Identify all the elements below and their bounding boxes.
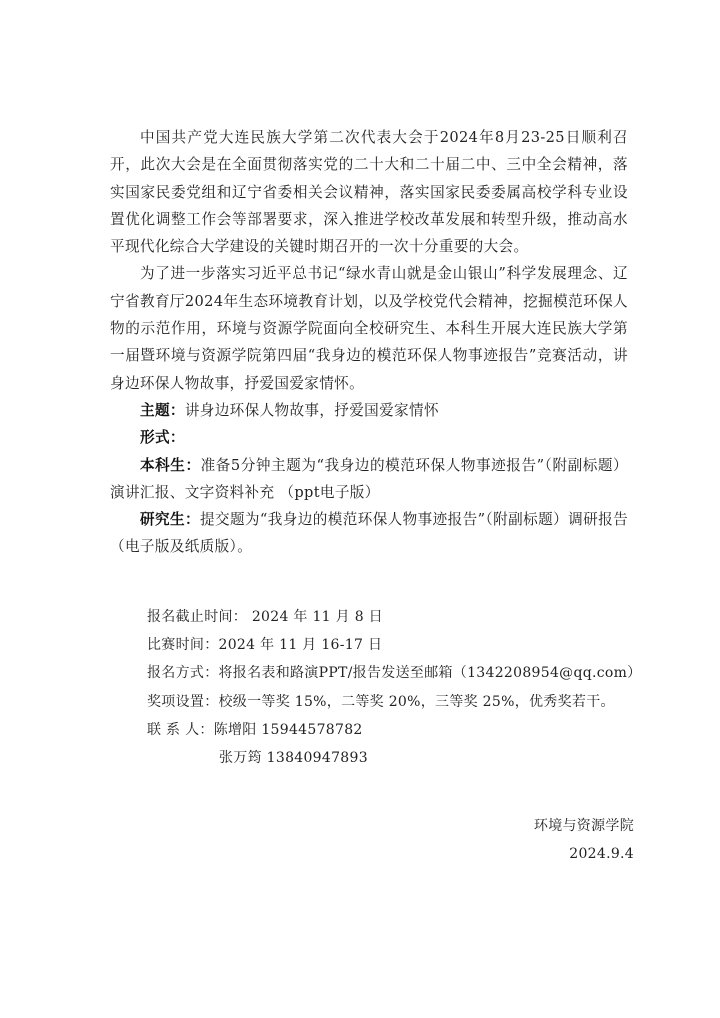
graduate-line: 研究生：提交题为“我身边的模范环保人物事迹报告”（附副标题）调研报告（电子版及纸… [110, 506, 628, 561]
undergrad-line: 本科生：准备5分钟主题为“我身边的模范环保人物事迹报告”（附副标题）演讲汇报、文… [110, 452, 628, 507]
signature-org: 环境与资源学院 [534, 812, 634, 840]
format-line: 形式： [110, 424, 628, 451]
signature-date: 2024.9.4 [534, 840, 634, 868]
document-page: 中国共产党大连民族大学第二次代表大会于2024年8月23-25日顺利召开，此次大… [0, 0, 720, 1018]
signup-method-line: 报名方式：将报名表和路演PPT/报告发送至邮箱（1342208954@qq.co… [147, 659, 647, 687]
format-label: 形式： [140, 429, 185, 446]
contact-line-2: 张万筠 13840947893 [147, 744, 647, 772]
undergrad-label: 本科生： [140, 457, 201, 474]
theme-line: 主题：讲身边环保人物故事，抒爱国爱家情怀 [110, 397, 628, 424]
deadline-line: 报名截止时间： 2024 年 11 月 8 日 [147, 603, 647, 631]
signature-block: 环境与资源学院 2024.9.4 [534, 812, 634, 868]
paragraph-activity: 为了进一步落实习近平总书记“绿水青山就是金山银山”科学发展理念、辽宁省教育厅20… [110, 260, 628, 396]
competition-time-line: 比赛时间：2024 年 11 月 16-17 日 [147, 631, 647, 659]
contact-line-1: 联 系 人：陈增阳 15944578782 [147, 716, 647, 744]
theme-label: 主题： [140, 402, 185, 419]
graduate-label: 研究生： [140, 511, 200, 528]
awards-line: 奖项设置：校级一等奖 15%，二等奖 20%，三等奖 25%，优秀奖若干。 [147, 688, 647, 716]
info-block: 报名截止时间： 2024 年 11 月 8 日 比赛时间：2024 年 11 月… [147, 603, 647, 772]
document-body: 中国共产党大连民族大学第二次代表大会于2024年8月23-25日顺利召开，此次大… [110, 124, 628, 561]
theme-text: 讲身边环保人物故事，抒爱国爱家情怀 [185, 402, 439, 419]
paragraph-congress: 中国共产党大连民族大学第二次代表大会于2024年8月23-25日顺利召开，此次大… [110, 124, 628, 260]
